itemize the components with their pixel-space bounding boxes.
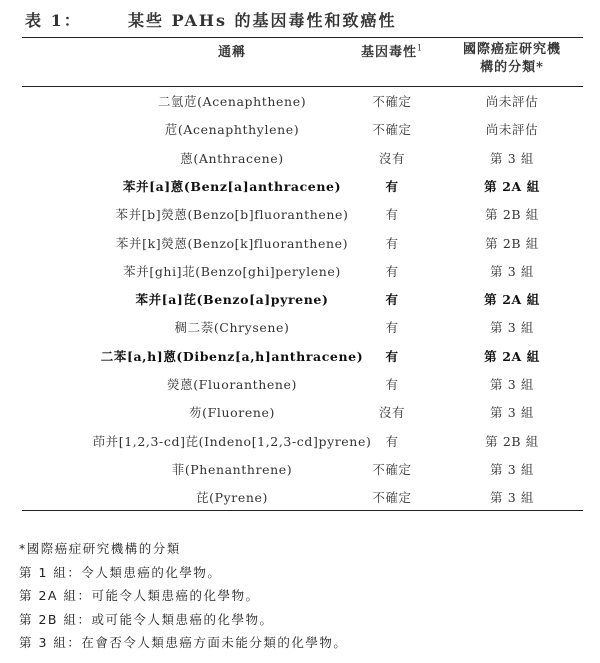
top-rule	[22, 37, 583, 38]
iarc-classification: 第 3 組	[447, 258, 577, 286]
footnote-group-2b: 第 2B 組：或可能令人類患癌的化學物。	[19, 608, 347, 632]
table-row: 苯并[a]芘(Benzo[a]pyrene)有第 2A 組	[22, 286, 583, 314]
footnote-group-2a: 第 2A 組：可能令人類患癌的化學物。	[19, 584, 347, 608]
table-row: 二氫苊(Acenaphthene)不確定尚未評估	[22, 88, 583, 116]
header-genotoxicity-label: 基因毒性	[361, 45, 417, 60]
header-iarc-line2: 構的分類*	[447, 59, 577, 77]
footnote-marker: 1	[417, 44, 423, 53]
footnote-group-3: 第 3 組：在會否令人類患癌方面未能分類的化學物。	[19, 631, 347, 655]
iarc-classification: 第 3 組	[447, 371, 577, 399]
table-row: 芘(Pyrene)不確定第 3 組	[22, 484, 583, 512]
genotoxicity-value: 有	[342, 428, 442, 456]
iarc-classification: 第 3 組	[447, 145, 577, 173]
iarc-classification: 第 3 組	[447, 484, 577, 512]
iarc-classification: 第 2B 組	[447, 230, 577, 258]
table-row: 菲(Phenanthrene)不確定第 3 組	[22, 456, 583, 484]
table-row: 芴(Fluorene)沒有第 3 組	[22, 399, 583, 427]
iarc-classification: 尚未評估	[447, 116, 577, 144]
table-row: 茚并[1,2,3-cd]芘(Indeno[1,2,3-cd]pyrene)有第 …	[22, 428, 583, 456]
iarc-classification: 第 2A 組	[447, 343, 577, 371]
iarc-classification: 第 2A 組	[447, 173, 577, 201]
genotoxicity-value: 有	[342, 343, 442, 371]
genotoxicity-value: 有	[342, 314, 442, 342]
table-number: 表 1：	[25, 8, 128, 31]
table-row: 苯并[k]熒蒽(Benzo[k]fluoranthene)有第 2B 組	[22, 230, 583, 258]
table-row: 苊(Acenaphthylene)不確定尚未評估	[22, 116, 583, 144]
header-iarc: 國際癌症研究機 構的分類*	[447, 41, 577, 77]
iarc-classification: 第 2A 組	[447, 286, 577, 314]
footnote-group-1: 第 1 組：令人類患癌的化學物。	[19, 561, 347, 585]
genotoxicity-value: 不確定	[342, 456, 442, 484]
footnote-title: *國際癌症研究機構的分類	[19, 537, 347, 561]
genotoxicity-value: 有	[342, 286, 442, 314]
header-rule	[22, 86, 583, 87]
iarc-classification: 尚未評估	[447, 88, 577, 116]
iarc-classification: 第 2B 組	[447, 201, 577, 229]
footnotes: *國際癌症研究機構的分類 第 1 組：令人類患癌的化學物。 第 2A 組：可能令…	[19, 537, 347, 655]
genotoxicity-value: 有	[342, 371, 442, 399]
table-row: 稠二萘(Chrysene)有第 3 組	[22, 314, 583, 342]
genotoxicity-value: 不確定	[342, 116, 442, 144]
iarc-classification: 第 3 組	[447, 399, 577, 427]
table-title: 表 1：某些 PAHs 的基因毒性和致癌性	[25, 8, 397, 31]
header-genotoxicity: 基因毒性1	[342, 41, 442, 60]
table-row: 蒽(Anthracene)沒有第 3 組	[22, 145, 583, 173]
table-row: 二苯[a,h]蒽(Dibenz[a,h]anthracene)有第 2A 組	[22, 343, 583, 371]
genotoxicity-value: 沒有	[342, 145, 442, 173]
iarc-classification: 第 3 組	[447, 456, 577, 484]
genotoxicity-value: 不確定	[342, 88, 442, 116]
genotoxicity-value: 不確定	[342, 484, 442, 512]
bottom-rule	[22, 510, 583, 511]
table-row: 苯并[b]熒蒽(Benzo[b]fluoranthene)有第 2B 組	[22, 201, 583, 229]
table-caption: 某些 PAHs 的基因毒性和致癌性	[128, 11, 397, 30]
genotoxicity-value: 有	[342, 173, 442, 201]
genotoxicity-value: 有	[342, 201, 442, 229]
genotoxicity-value: 沒有	[342, 399, 442, 427]
genotoxicity-value: 有	[342, 258, 442, 286]
table-row: 熒蒽(Fluoranthene)有第 3 組	[22, 371, 583, 399]
iarc-classification: 第 3 組	[447, 314, 577, 342]
table-row: 苯并[a]蒽(Benz[a]anthracene)有第 2A 組	[22, 173, 583, 201]
header-name-label: 通稱	[218, 45, 246, 60]
genotoxicity-value: 有	[342, 230, 442, 258]
table-row: 苯并[ghi]苝(Benzo[ghi]perylene)有第 3 組	[22, 258, 583, 286]
header-iarc-line1: 國際癌症研究機	[447, 41, 577, 59]
iarc-classification: 第 2B 組	[447, 428, 577, 456]
